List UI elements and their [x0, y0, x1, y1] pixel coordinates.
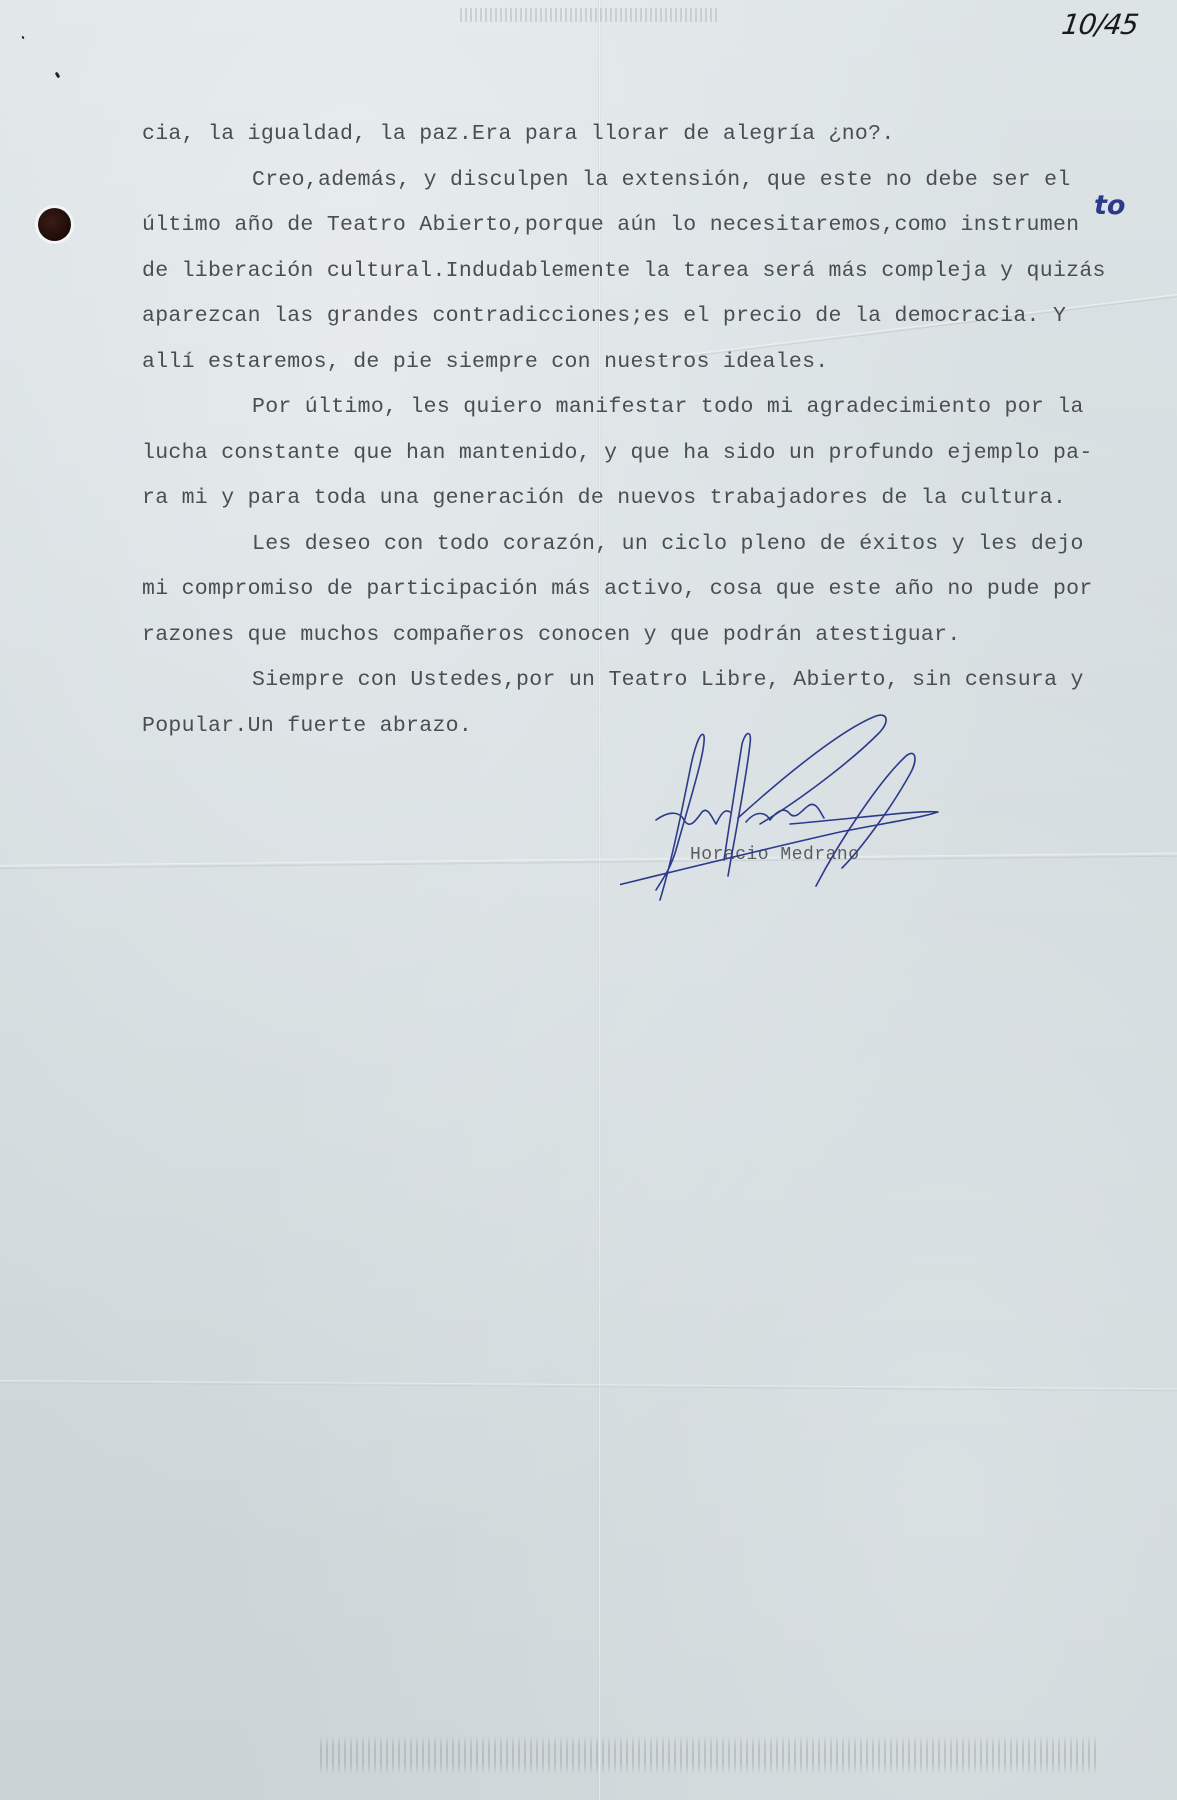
- letter-line: último año de Teatro Abierto,porque aún …: [142, 203, 1152, 249]
- letter-line: lucha constante que han mantenido, y que…: [142, 431, 1152, 477]
- letter-line: razones que muchos compañeros conocen y …: [142, 613, 1152, 659]
- letter-line: mi compromiso de participación más activ…: [142, 567, 1152, 613]
- letter-line: Creo,además, y disculpen la extensión, q…: [142, 158, 1152, 204]
- horizontal-fold-line-lower: [0, 1380, 1177, 1391]
- letter-line: ra mi y para toda una generación de nuev…: [142, 476, 1152, 522]
- ink-bleed-top: [460, 8, 720, 22]
- handwritten-signature: [620, 700, 940, 920]
- letter-line: Por último, les quiero manifestar todo m…: [142, 385, 1152, 431]
- ink-speck: [21, 36, 24, 40]
- letter-line: aparezcan las grandes contradicciones;es…: [142, 294, 1152, 340]
- ink-bleed-bottom: [320, 1735, 1100, 1775]
- handwritten-insertion: to: [1094, 190, 1125, 221]
- letter-line: Les deseo con todo corazón, un ciclo ple…: [142, 522, 1152, 568]
- letter-line: Siempre con Ustedes,por un Teatro Libre,…: [142, 658, 1152, 704]
- letter-page: 10/45 cia, la igualdad, la paz.Era para …: [0, 0, 1177, 1800]
- horizontal-fold-line-upper: [0, 853, 1177, 869]
- letter-body: cia, la igualdad, la paz.Era para llorar…: [142, 112, 1152, 749]
- letter-line: de liberación cultural.Indudablemente la…: [142, 249, 1152, 295]
- letter-line: allí estaremos, de pie siempre con nuest…: [142, 340, 1152, 386]
- letter-line: cia, la igualdad, la paz.Era para llorar…: [142, 112, 1152, 158]
- handwritten-page-number: 10/45: [1060, 8, 1140, 41]
- ink-speck: [55, 72, 61, 79]
- punch-hole-icon: [38, 208, 71, 241]
